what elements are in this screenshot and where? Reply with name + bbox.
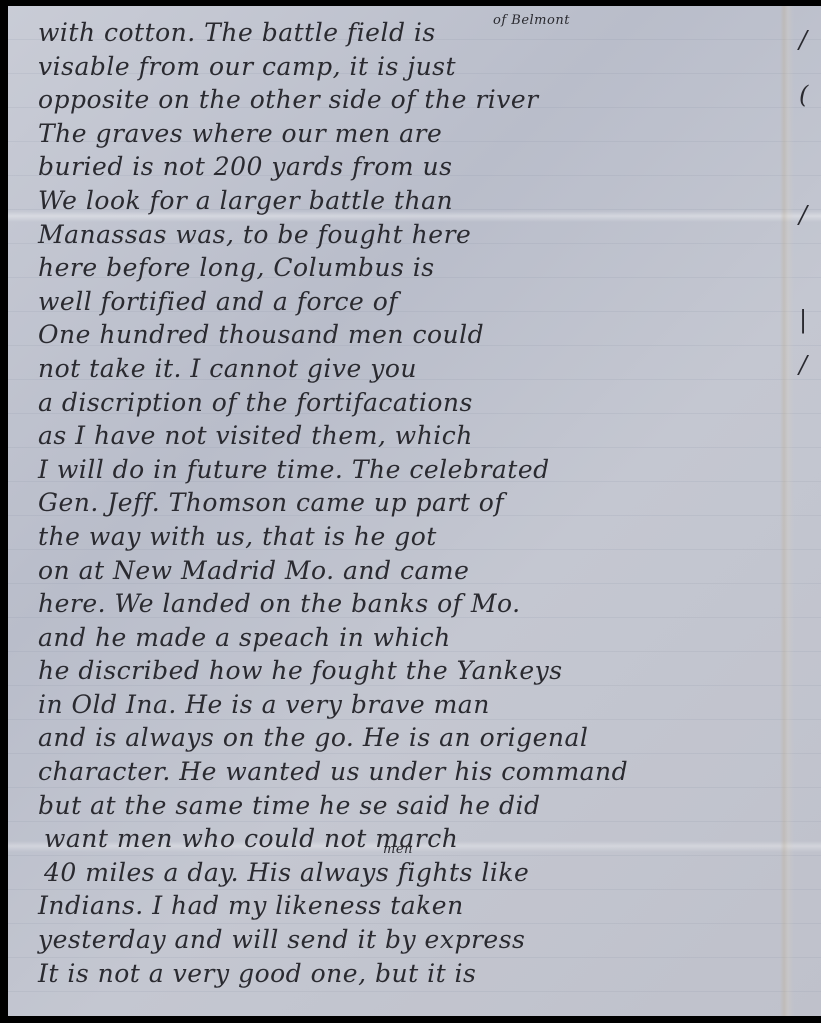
text-line: as I have not visited them, which xyxy=(38,419,798,453)
text-line: here. We landed on the banks of Mo. xyxy=(38,587,798,621)
text-line: Gen. Jeff. Thomson came up part of xyxy=(38,486,798,520)
text-line: Manassas was, to be fought here xyxy=(38,218,798,252)
text-line: I will do in future time. The celebrated xyxy=(38,453,798,487)
text-line: here before long, Columbus is xyxy=(38,251,798,285)
text-line: not take it. I cannot give you xyxy=(38,352,798,386)
adjacent-page-edge: / ( / | / xyxy=(791,6,821,1016)
text-line: The graves where our men are xyxy=(38,117,798,151)
text-line: on at New Madrid Mo. and came xyxy=(38,554,798,588)
text-line: but at the same time he se said he did xyxy=(38,789,798,823)
text-line: 40 miles a day. His always fights likeme… xyxy=(38,856,798,890)
text-line: he discribed how he fought the Yankeys xyxy=(38,654,798,688)
text-line: Indians. I had my likeness taken xyxy=(38,889,798,923)
text-line: character. He wanted us under his comman… xyxy=(38,755,798,789)
edge-fragment: / xyxy=(799,26,807,54)
text-line: buried is not 200 yards from us xyxy=(38,150,798,184)
edge-fragment: / xyxy=(799,351,807,379)
text-line: the way with us, that is he got xyxy=(38,520,798,554)
text-line: with cotton. The battle field isof Belmo… xyxy=(38,16,798,50)
text-line: visable from our camp, it is just xyxy=(38,50,798,84)
text-line: in Old Ina. He is a very brave man xyxy=(38,688,798,722)
interlinear-insert: of Belmont xyxy=(493,14,570,27)
interlinear-insert: men xyxy=(383,843,413,856)
text-line: yesterday and will send it by express xyxy=(38,923,798,957)
text-line: opposite on the other side of the river xyxy=(38,83,798,117)
edge-fragment: ( xyxy=(799,81,808,109)
text-line: One hundred thousand men could xyxy=(38,318,798,352)
text-line: We look for a larger battle than xyxy=(38,184,798,218)
text-line: want men who could not march xyxy=(38,822,798,856)
letter-page: with cotton. The battle field isof Belmo… xyxy=(8,6,821,1016)
text-line: It is not a very good one, but it is xyxy=(38,957,798,991)
text-line: a discription of the fortifacations xyxy=(38,386,798,420)
text-line: and is always on the go. He is an origen… xyxy=(38,721,798,755)
handwritten-text-body: with cotton. The battle field isof Belmo… xyxy=(38,16,798,990)
edge-fragment: / xyxy=(799,201,807,229)
edge-fragment: | xyxy=(799,306,807,334)
text-line: well fortified and a force of xyxy=(38,285,798,319)
text-line: and he made a speach in which xyxy=(38,621,798,655)
